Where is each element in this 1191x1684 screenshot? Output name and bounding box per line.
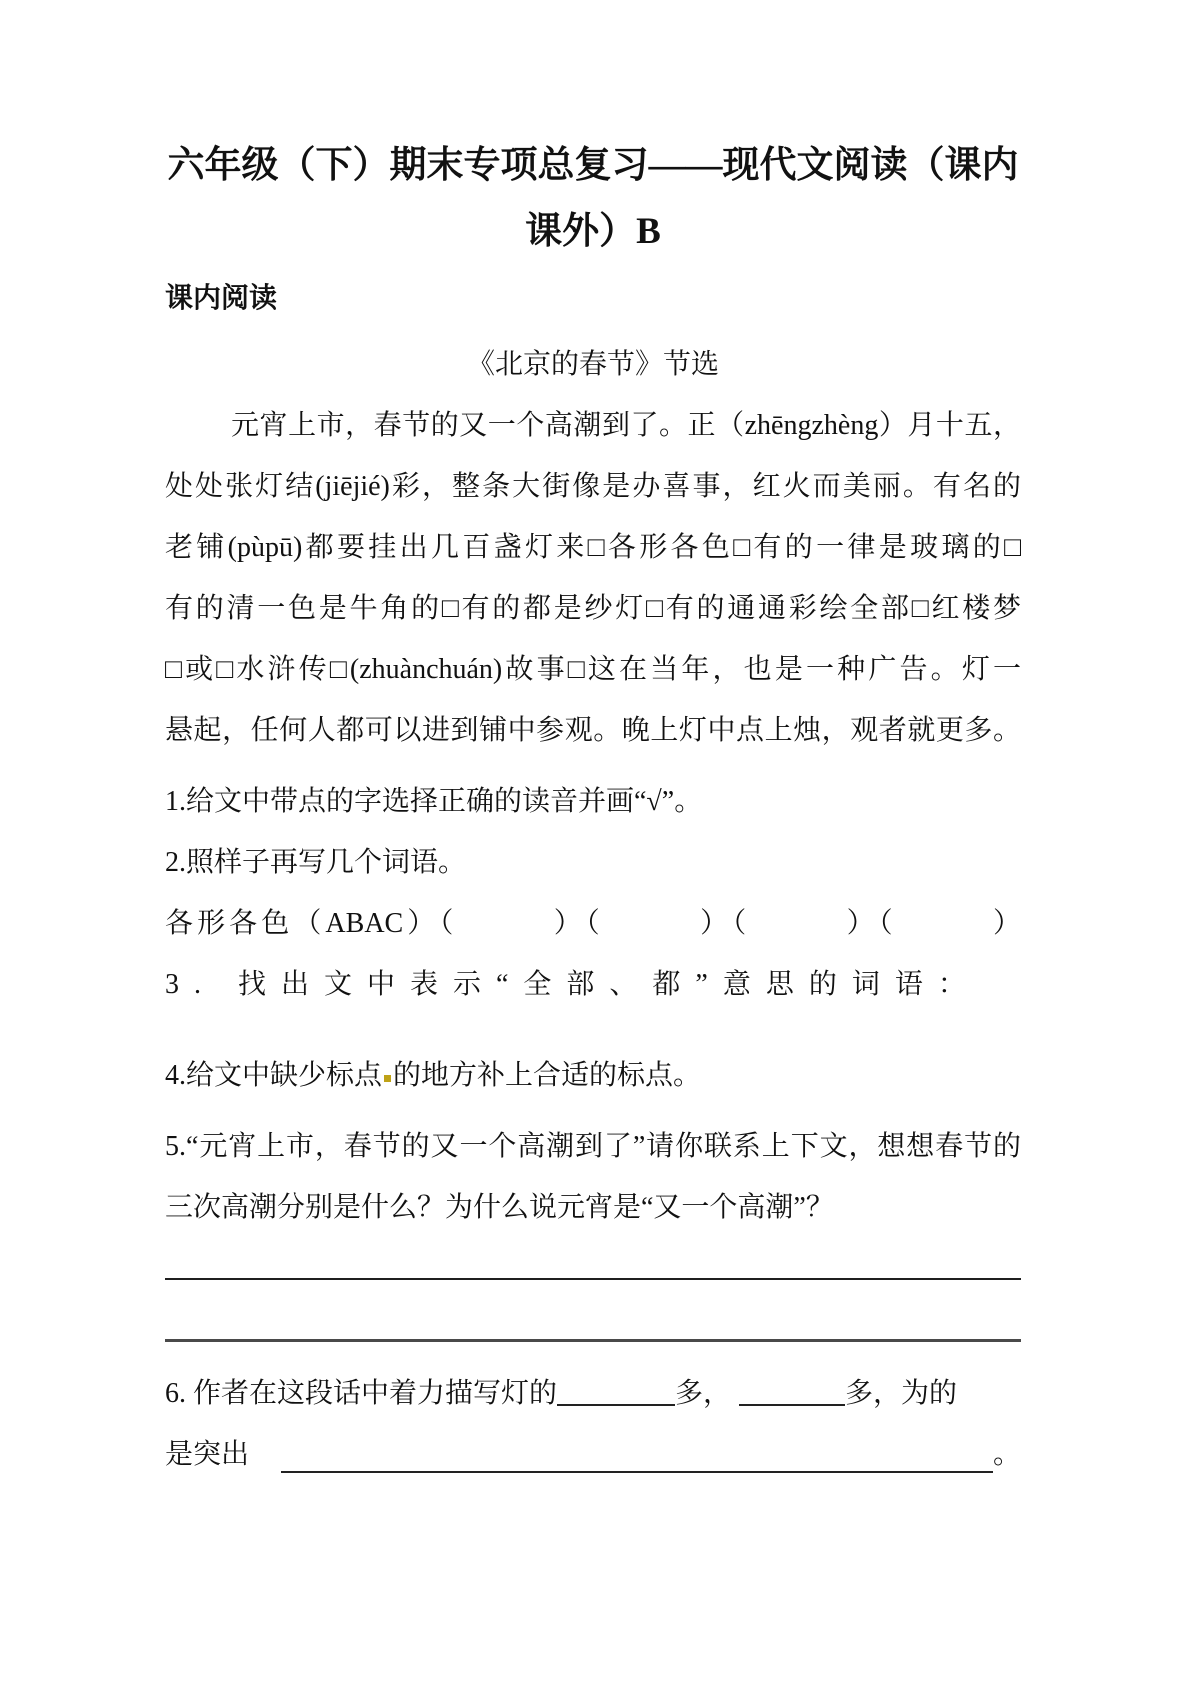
- passage-subtitle: 《北京的春节》节选: [165, 334, 1021, 395]
- passage-line: □或□水浒传□(zhuànchuán)故事□这在当年，也是一种广告。灯一: [165, 639, 1021, 700]
- passage-line: 有的清一色是牛角的□有的都是纱灯□有的通通彩绘全部□红楼梦: [165, 578, 1021, 639]
- question-5: 5.“元宵上市，春节的又一个高潮到了”请你联系上下文，想想春节的三次高潮分别是什…: [165, 1116, 1021, 1238]
- passage-line: 元宵上市，春节的又一个高潮到了。正（zhēngzhèng）月十五，: [165, 395, 1021, 456]
- answer-blank-2: [739, 1404, 845, 1406]
- question-6-lead: 6. 作者在这段话中着力描写灯的: [165, 1378, 557, 1409]
- question-1: 1.给文中带点的字选择正确的读音并画“√”。: [165, 771, 1021, 832]
- question-3: 3. 找出文中表示“全部、都”意思的词语：: [165, 954, 1021, 1015]
- page-title-line2: 课外）B: [165, 199, 1021, 265]
- document-content: 六年级（下）期末专项总复习——现代文阅读（课内 课外）B 课内阅读 《北京的春节…: [165, 0, 1021, 1485]
- question-6-line2-lead: 是突出: [165, 1424, 249, 1485]
- question-2: 2.照样子再写几个词语。: [165, 832, 1021, 893]
- answer-line-2: [165, 1339, 1021, 1342]
- question-6-line2-period: 。: [993, 1424, 1021, 1485]
- page-title: 六年级（下）期末专项总复习——现代文阅读（课内 课外）B: [165, 133, 1021, 265]
- question-6-mid: 多，: [675, 1378, 731, 1409]
- question-4-text-before-dot: 4.给文中缺少标点: [165, 1060, 382, 1091]
- passage-line: 老铺(pùpū)都要挂出几百盏灯来□各形各色□有的一律是玻璃的□: [165, 517, 1021, 578]
- question-4-text-after-dot: 的地方补上合适的标点。: [393, 1060, 701, 1091]
- passage-line: 悬起，任何人都可以进到铺中参观。晚上灯中点上烛，观者就更多。: [165, 700, 1021, 761]
- question-6-line1: 6. 作者在这段话中着力描写灯的多，多，为的: [165, 1363, 1021, 1424]
- document-page: 六年级（下）期末专项总复习——现代文阅读（课内 课外）B 课内阅读 《北京的春节…: [0, 0, 1191, 1684]
- passage-line: 处处张灯结(jiējié)彩，整条大街像是办喜事，红火而美丽。有名的: [165, 456, 1021, 517]
- emphasis-dot: [384, 1075, 391, 1082]
- answer-line-1: [165, 1278, 1021, 1280]
- question-6-tail: 多，为的: [845, 1378, 957, 1409]
- question-2-example: 各形各色（ABAC）（ ）（ ）（ ）（ ）: [165, 893, 1021, 954]
- answer-blank-1: [557, 1404, 675, 1406]
- answer-blank-3: [281, 1424, 993, 1473]
- section-heading: 课内阅读: [165, 268, 1021, 329]
- page-title-line1: 六年级（下）期末专项总复习——现代文阅读（课内: [165, 133, 1021, 199]
- question-4: 4.给文中缺少标点的地方补上合适的标点。: [165, 1045, 1021, 1106]
- question-6-line2: 是突出 。: [165, 1424, 1021, 1485]
